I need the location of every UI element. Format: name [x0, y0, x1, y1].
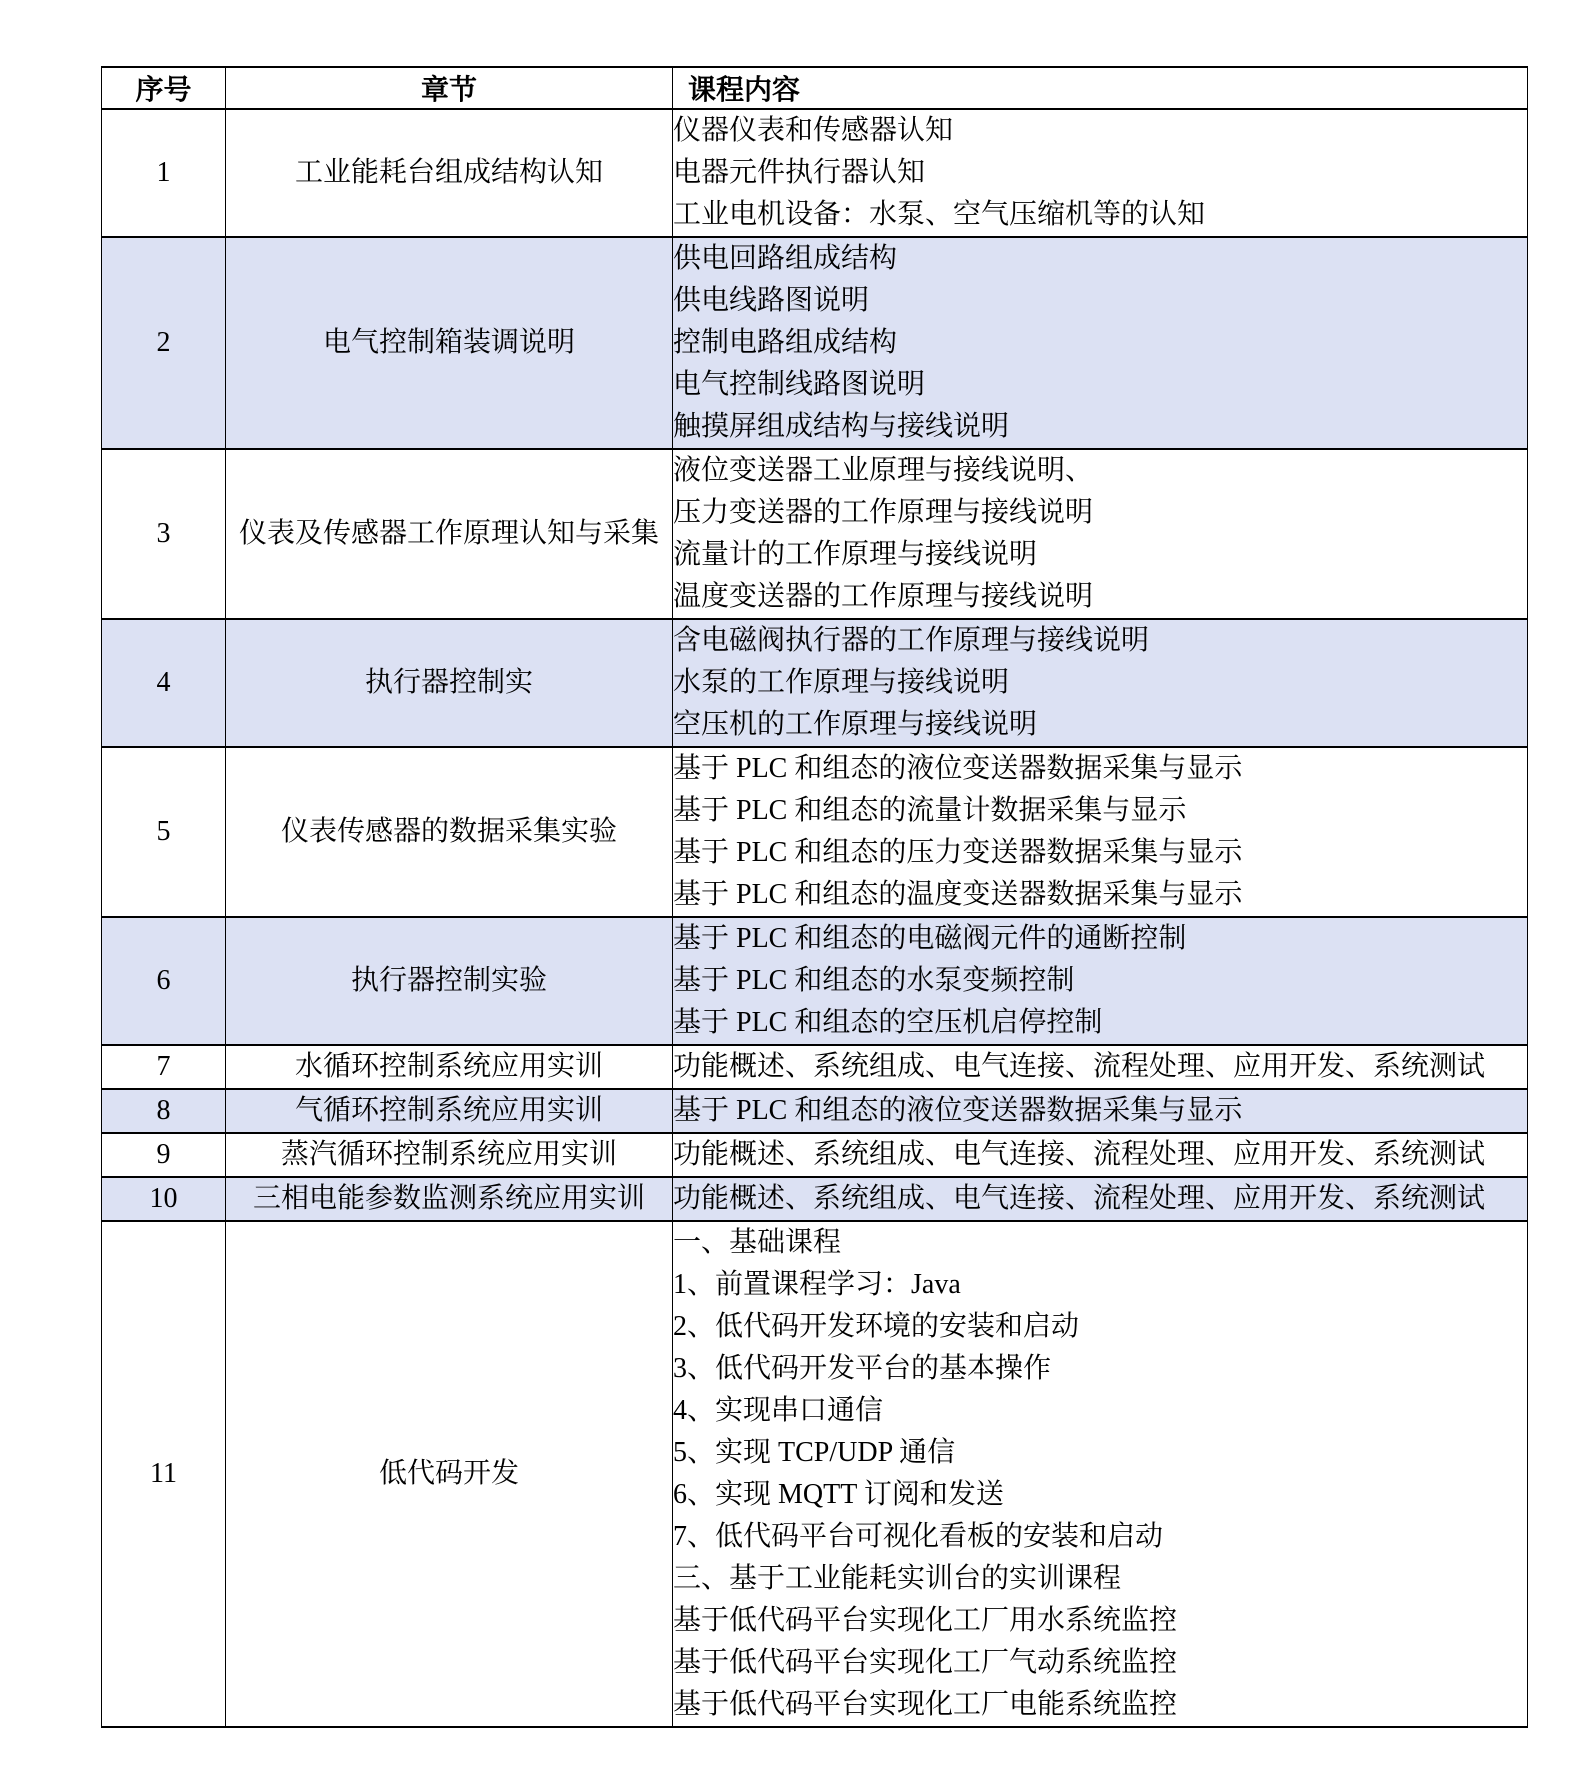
row-number-cell: 6: [102, 917, 226, 1045]
content-line: 电气控制线路图说明: [673, 364, 1527, 406]
table-row: 3仪表及传感器工作原理认知与采集液位变送器工业原理与接线说明、压力变送器的工作原…: [102, 449, 1528, 619]
content-cell: 功能概述、系统组成、电气连接、流程处理、应用开发、系统测试: [673, 1177, 1528, 1221]
content-line: 基于 PLC 和组态的水泵变频控制: [673, 960, 1527, 1002]
content-line: 含电磁阀执行器的工作原理与接线说明: [673, 620, 1527, 662]
content-line: 1、前置课程学习：Java: [673, 1264, 1527, 1306]
content-line: 温度变送器的工作原理与接线说明: [673, 576, 1527, 618]
course-table: 序号 章节 课程内容 1工业能耗台组成结构认知仪器仪表和传感器认知电器元件执行器…: [101, 66, 1528, 1728]
content-cell: 一、基础课程1、前置课程学习：Java2、低代码开发环境的安装和启动3、低代码开…: [673, 1221, 1528, 1727]
table-row: 4执行器控制实含电磁阀执行器的工作原理与接线说明水泵的工作原理与接线说明空压机的…: [102, 619, 1528, 747]
chapter-cell: 低代码开发: [226, 1221, 673, 1727]
content-line: 基于低代码平台实现化工厂气动系统监控: [673, 1642, 1527, 1684]
content-line: 基于 PLC 和组态的液位变送器数据采集与显示: [673, 748, 1527, 790]
content-line: 三、基于工业能耗实训台的实训课程: [673, 1558, 1527, 1600]
content-cell: 液位变送器工业原理与接线说明、压力变送器的工作原理与接线说明流量计的工作原理与接…: [673, 449, 1528, 619]
content-line: 2、低代码开发环境的安装和启动: [673, 1306, 1527, 1348]
row-number-cell: 4: [102, 619, 226, 747]
table-row: 8气循环控制系统应用实训基于 PLC 和组态的液位变送器数据采集与显示: [102, 1089, 1528, 1133]
content-line: 液位变送器工业原理与接线说明、: [673, 450, 1527, 492]
table-row: 6执行器控制实验基于 PLC 和组态的电磁阀元件的通断控制基于 PLC 和组态的…: [102, 917, 1528, 1045]
content-line: 基于 PLC 和组态的电磁阀元件的通断控制: [673, 918, 1527, 960]
content-line: 基于低代码平台实现化工厂电能系统监控: [673, 1684, 1527, 1726]
content-line: 一、基础课程: [673, 1222, 1527, 1264]
content-line: 功能概述、系统组成、电气连接、流程处理、应用开发、系统测试: [673, 1134, 1527, 1176]
content-line: 基于低代码平台实现化工厂用水系统监控: [673, 1600, 1527, 1642]
header-course-content: 课程内容: [673, 67, 1528, 109]
chapter-cell: 气循环控制系统应用实训: [226, 1089, 673, 1133]
table-row: 11低代码开发一、基础课程1、前置课程学习：Java2、低代码开发环境的安装和启…: [102, 1221, 1528, 1727]
content-line: 基于 PLC 和组态的温度变送器数据采集与显示: [673, 874, 1527, 916]
table-row: 10三相电能参数监测系统应用实训功能概述、系统组成、电气连接、流程处理、应用开发…: [102, 1177, 1528, 1221]
content-cell: 功能概述、系统组成、电气连接、流程处理、应用开发、系统测试: [673, 1045, 1528, 1089]
document-page: 序号 章节 课程内容 1工业能耗台组成结构认知仪器仪表和传感器认知电器元件执行器…: [0, 0, 1587, 1773]
content-line: 水泵的工作原理与接线说明: [673, 662, 1527, 704]
content-line: 供电线路图说明: [673, 280, 1527, 322]
content-line: 基于 PLC 和组态的压力变送器数据采集与显示: [673, 832, 1527, 874]
table-row: 9蒸汽循环控制系统应用实训功能概述、系统组成、电气连接、流程处理、应用开发、系统…: [102, 1133, 1528, 1177]
content-line: 控制电路组成结构: [673, 322, 1527, 364]
row-number-cell: 8: [102, 1089, 226, 1133]
content-cell: 基于 PLC 和组态的液位变送器数据采集与显示: [673, 1089, 1528, 1133]
content-line: 工业电机设备：水泵、空气压缩机等的认知: [673, 194, 1527, 236]
table-row: 5仪表传感器的数据采集实验基于 PLC 和组态的液位变送器数据采集与显示基于 P…: [102, 747, 1528, 917]
row-number-cell: 10: [102, 1177, 226, 1221]
content-line: 触摸屏组成结构与接线说明: [673, 406, 1527, 448]
content-line: 5、实现 TCP/UDP 通信: [673, 1432, 1527, 1474]
header-chapter: 章节: [226, 67, 673, 109]
chapter-cell: 水循环控制系统应用实训: [226, 1045, 673, 1089]
chapter-cell: 三相电能参数监测系统应用实训: [226, 1177, 673, 1221]
content-cell: 含电磁阀执行器的工作原理与接线说明水泵的工作原理与接线说明空压机的工作原理与接线…: [673, 619, 1528, 747]
chapter-cell: 执行器控制实验: [226, 917, 673, 1045]
row-number-cell: 2: [102, 237, 226, 449]
content-line: 基于 PLC 和组态的空压机启停控制: [673, 1002, 1527, 1044]
content-line: 仪器仪表和传感器认知: [673, 110, 1527, 152]
chapter-cell: 执行器控制实: [226, 619, 673, 747]
content-line: 7、低代码平台可视化看板的安装和启动: [673, 1516, 1527, 1558]
header-row: 序号 章节 课程内容: [102, 67, 1528, 109]
content-line: 功能概述、系统组成、电气连接、流程处理、应用开发、系统测试: [673, 1046, 1527, 1088]
table-body: 1工业能耗台组成结构认知仪器仪表和传感器认知电器元件执行器认知工业电机设备：水泵…: [102, 109, 1528, 1727]
row-number-cell: 9: [102, 1133, 226, 1177]
content-line: 3、低代码开发平台的基本操作: [673, 1348, 1527, 1390]
header-serial-number: 序号: [102, 67, 226, 109]
content-line: 功能概述、系统组成、电气连接、流程处理、应用开发、系统测试: [673, 1178, 1527, 1220]
table-row: 1工业能耗台组成结构认知仪器仪表和传感器认知电器元件执行器认知工业电机设备：水泵…: [102, 109, 1528, 237]
table-row: 2电气控制箱装调说明供电回路组成结构供电线路图说明控制电路组成结构电气控制线路图…: [102, 237, 1528, 449]
content-line: 流量计的工作原理与接线说明: [673, 534, 1527, 576]
content-cell: 基于 PLC 和组态的电磁阀元件的通断控制基于 PLC 和组态的水泵变频控制基于…: [673, 917, 1528, 1045]
content-line: 空压机的工作原理与接线说明: [673, 704, 1527, 746]
chapter-cell: 电气控制箱装调说明: [226, 237, 673, 449]
content-cell: 基于 PLC 和组态的液位变送器数据采集与显示基于 PLC 和组态的流量计数据采…: [673, 747, 1528, 917]
chapter-cell: 仪表及传感器工作原理认知与采集: [226, 449, 673, 619]
row-number-cell: 1: [102, 109, 226, 237]
row-number-cell: 11: [102, 1221, 226, 1727]
content-line: 基于 PLC 和组态的流量计数据采集与显示: [673, 790, 1527, 832]
content-cell: 仪器仪表和传感器认知电器元件执行器认知工业电机设备：水泵、空气压缩机等的认知: [673, 109, 1528, 237]
row-number-cell: 7: [102, 1045, 226, 1089]
row-number-cell: 3: [102, 449, 226, 619]
chapter-cell: 蒸汽循环控制系统应用实训: [226, 1133, 673, 1177]
content-line: 基于 PLC 和组态的液位变送器数据采集与显示: [673, 1090, 1527, 1132]
content-cell: 功能概述、系统组成、电气连接、流程处理、应用开发、系统测试: [673, 1133, 1528, 1177]
content-cell: 供电回路组成结构供电线路图说明控制电路组成结构电气控制线路图说明触摸屏组成结构与…: [673, 237, 1528, 449]
chapter-cell: 仪表传感器的数据采集实验: [226, 747, 673, 917]
content-line: 4、实现串口通信: [673, 1390, 1527, 1432]
content-line: 电器元件执行器认知: [673, 152, 1527, 194]
chapter-cell: 工业能耗台组成结构认知: [226, 109, 673, 237]
table-row: 7水循环控制系统应用实训功能概述、系统组成、电气连接、流程处理、应用开发、系统测…: [102, 1045, 1528, 1089]
content-line: 供电回路组成结构: [673, 238, 1527, 280]
row-number-cell: 5: [102, 747, 226, 917]
content-line: 压力变送器的工作原理与接线说明: [673, 492, 1527, 534]
content-line: 6、实现 MQTT 订阅和发送: [673, 1474, 1527, 1516]
